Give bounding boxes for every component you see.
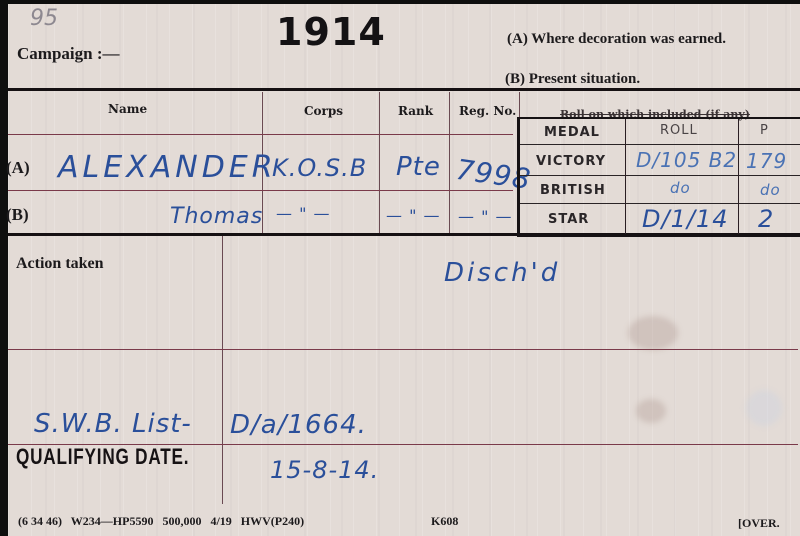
medal-roll-stamp: MEDAL ROLL P VICTORY D/105 B2 179 BRITIS… (517, 117, 800, 237)
row-rule (8, 134, 513, 135)
forename: Thomas (170, 204, 263, 229)
victory-page: 179 (746, 149, 787, 173)
pencil-number: 95 (30, 6, 58, 31)
row-rule (8, 349, 798, 350)
column-header-name: Name (108, 102, 147, 116)
star-roll: D/1/14 (642, 205, 728, 233)
stamp-rule (520, 175, 800, 176)
swb-reference: D/a/1664. (230, 410, 367, 440)
medal-index-card: 95 Campaign :— 1914 (A) Where decoration… (8, 4, 800, 536)
stain (746, 390, 782, 426)
row-rule (8, 190, 513, 191)
stain (628, 316, 678, 350)
rank-ditto: — " — (386, 206, 441, 225)
divider (379, 92, 380, 234)
reg-no-ditto: — " — (458, 207, 513, 226)
over-indicator: [OVER. (738, 516, 780, 531)
column-header-corps: Corps (304, 104, 343, 118)
surname: ALEXANDER (58, 150, 277, 185)
corps-value: K.O.S.B (272, 154, 367, 182)
note-present-situation: (B) Present situation. (505, 71, 640, 88)
divider (222, 236, 223, 504)
print-code: (6 34 46) W234—HP5590 500,000 4/19 HWV(P… (18, 514, 304, 529)
column-header-rank: Rank (398, 104, 433, 118)
note-where-earned: (A) Where decoration was earned. (507, 31, 726, 48)
star-page: 2 (758, 205, 774, 233)
row-a-label: (A) (6, 158, 30, 178)
action-note: Disch'd (444, 258, 560, 288)
medal-star: STAR (548, 212, 589, 227)
form-code: K608 (431, 514, 458, 529)
stamp-divider (738, 119, 739, 234)
qualifying-date-label: QUALIFYING DATE. (16, 444, 189, 470)
column-header-reg-no: Reg. No. (459, 104, 516, 118)
stamp-divider (625, 119, 626, 234)
campaign-year: 1914 (276, 10, 386, 54)
swb-list: S.W.B. List- (34, 409, 192, 439)
medal-british: BRITISH (540, 183, 606, 198)
medal-victory: VICTORY (536, 154, 606, 169)
stamp-header-roll: ROLL (660, 123, 698, 138)
victory-roll: D/105 B2 (636, 148, 737, 172)
stamp-header-page: P (760, 123, 769, 138)
british-roll: do (670, 179, 691, 197)
qualifying-date-value: 15-8-14. (270, 456, 379, 484)
action-taken-label: Action taken (16, 255, 104, 273)
british-page: do (760, 181, 781, 199)
row-b-label: (B) (6, 205, 29, 225)
stamp-rule (520, 203, 800, 204)
header-rule (8, 88, 800, 91)
corps-ditto: — " — (276, 204, 331, 223)
campaign-label: Campaign :— (17, 44, 119, 64)
stamp-header-medal: MEDAL (544, 125, 600, 140)
divider (449, 92, 450, 234)
stamp-rule (520, 144, 800, 145)
stain (636, 399, 666, 423)
rank-value: Pte (396, 152, 441, 182)
